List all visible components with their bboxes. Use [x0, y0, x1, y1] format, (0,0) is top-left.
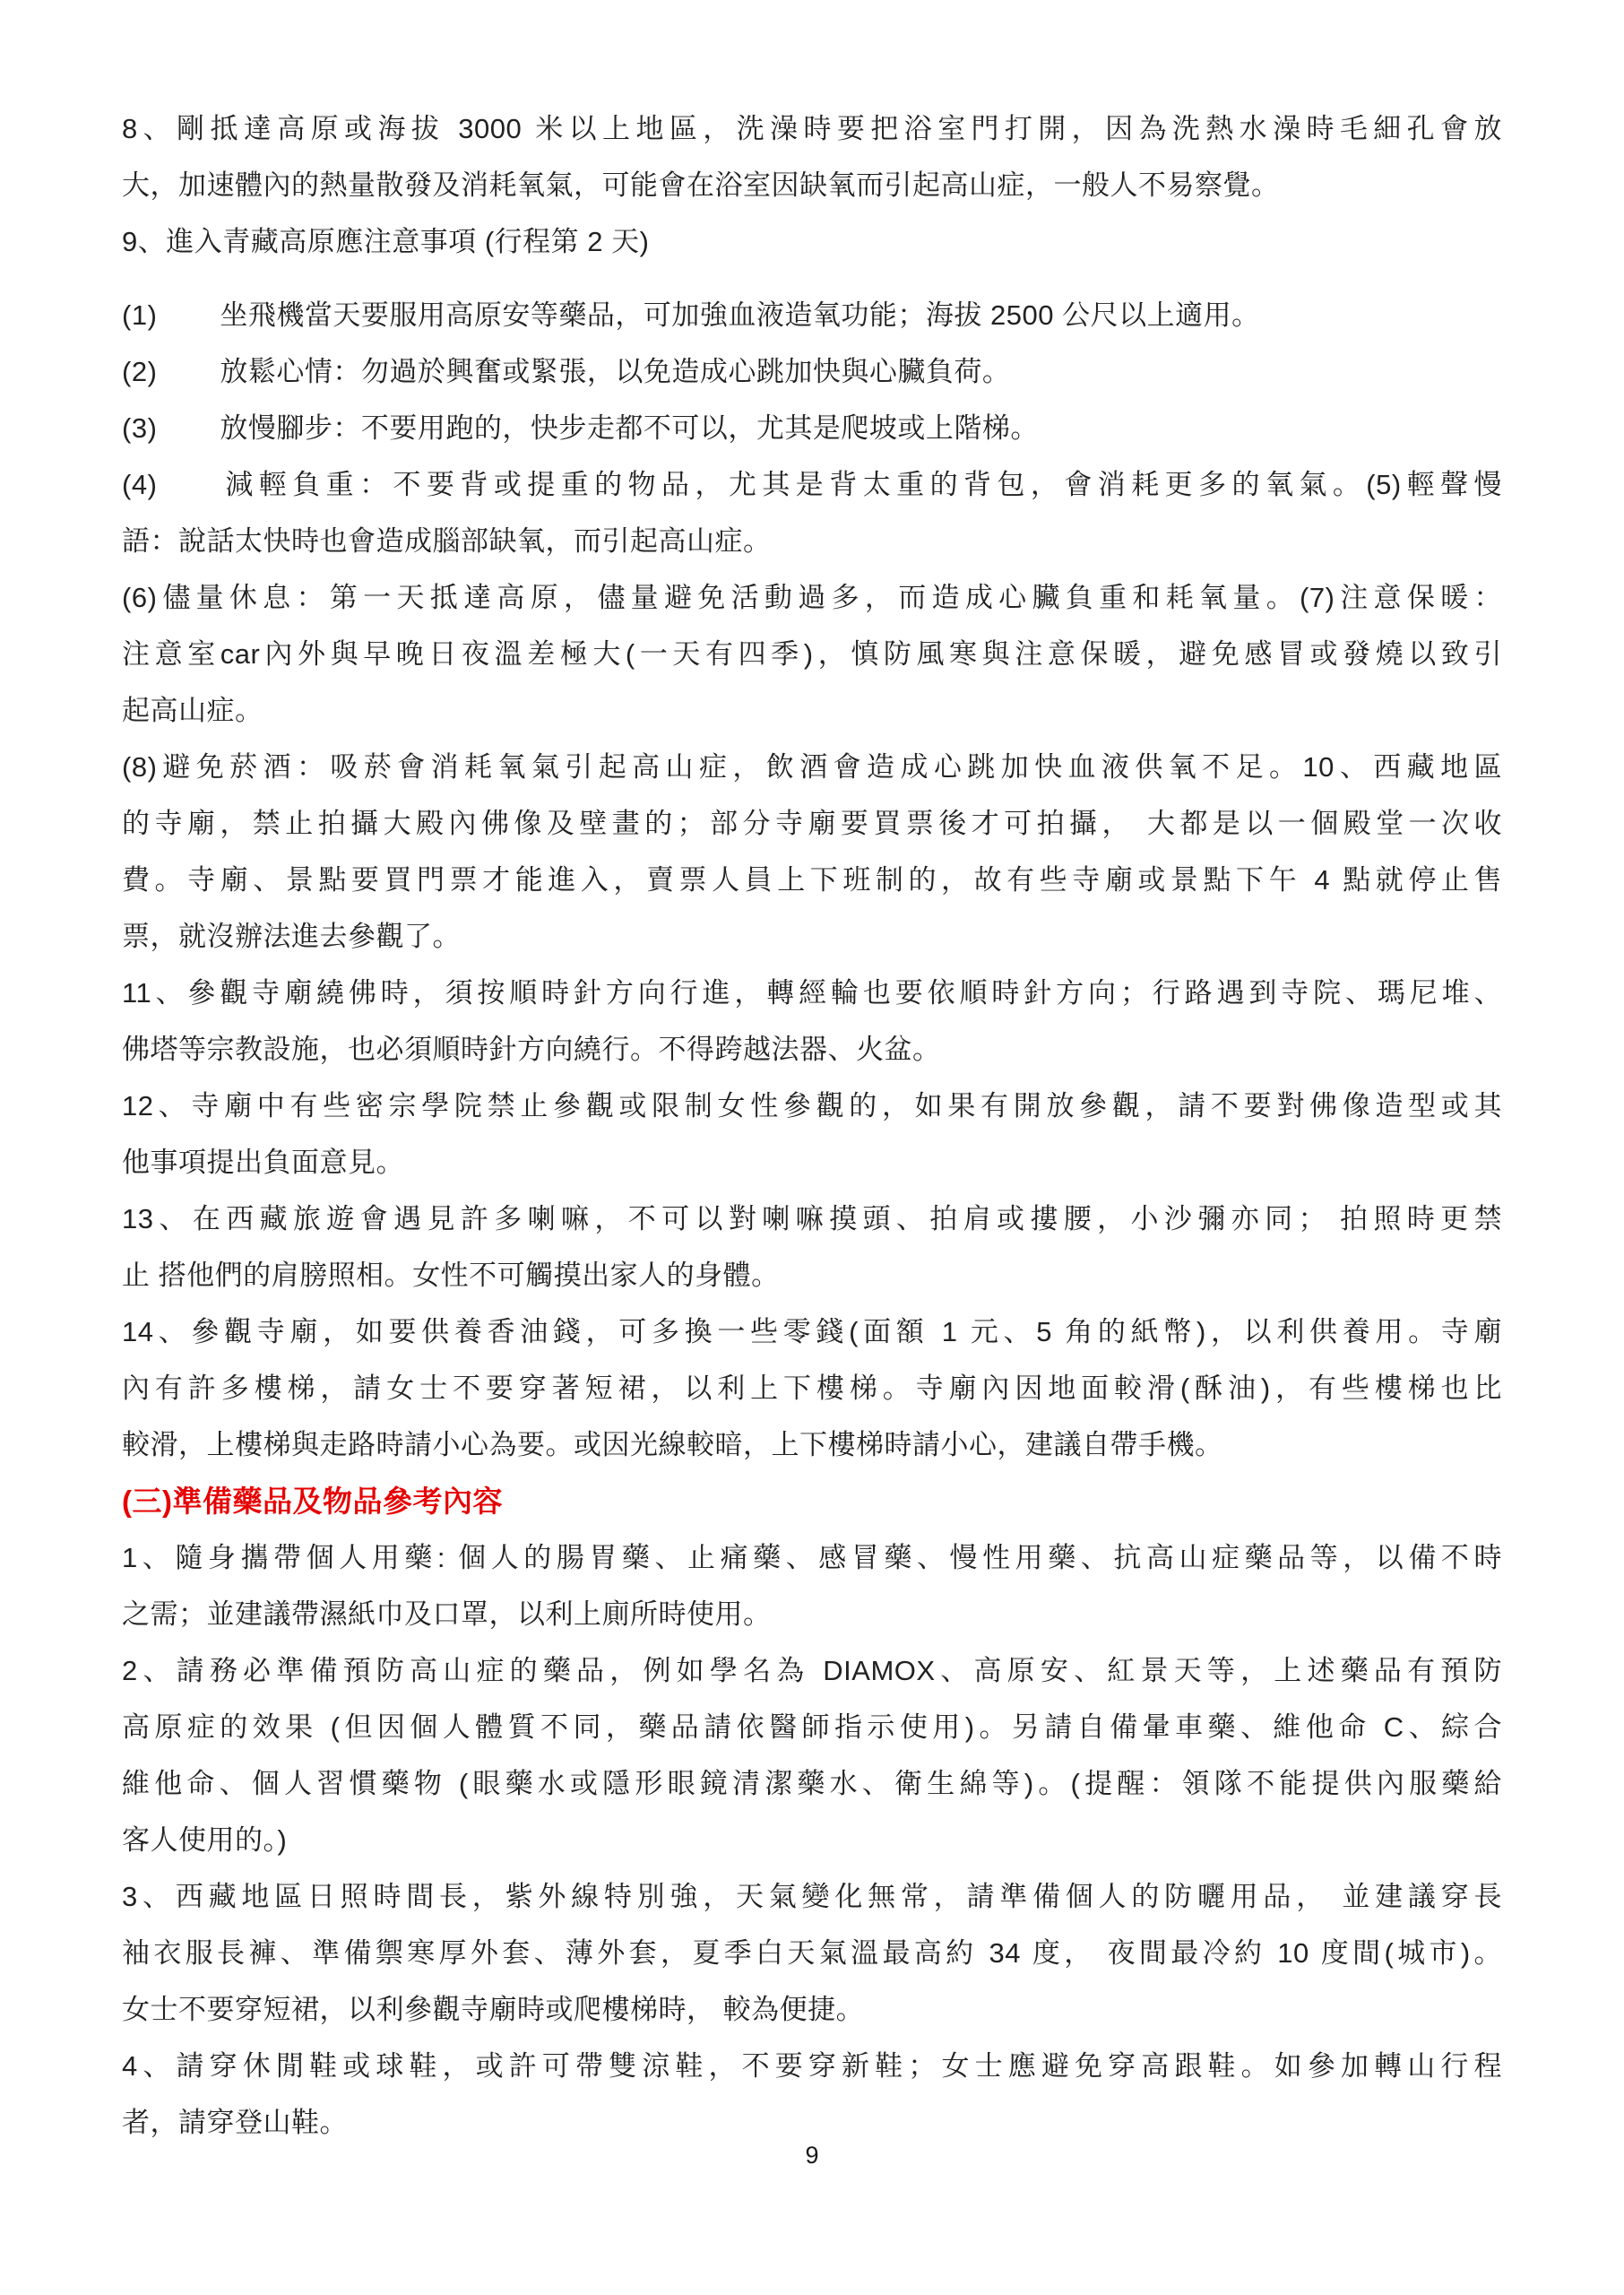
text-line: 費。寺廟、景點要買門票才能進入，賣票人員上下班制的，故有些寺廟或景點下午 4 點… [122, 852, 1502, 908]
text-line: 11、參觀寺廟繞佛時，須按順時針方向行進，轉經輪也要依順時針方向；行路遇到寺院、… [122, 965, 1502, 1021]
paragraph: 8、剛抵達高原或海拔 3000 米以上地區，洗澡時要把浴室門打開，因為洗熱水澡時… [122, 100, 1502, 213]
text-line: 3、西藏地區日照時間長，紫外線特別強，天氣變化無常，請準備個人的防曬用品， 並建… [122, 1868, 1502, 1925]
text-line: (4)減輕負重：不要背或提重的物品，尤其是背太重的背包，會消耗更多的氧氣。(5)… [122, 456, 1502, 513]
text-line: (3)放慢腳步：不要用跑的，快步走都不可以，尤其是爬坡或上階梯。 [122, 400, 1502, 456]
text-line: 較滑，上樓梯與走路時請小心為要。或因光線較暗，上下樓梯時請小心，建議自帶手機。 [122, 1416, 1502, 1473]
text-line: 維他命、個人習慣藥物 (眼藥水或隱形眼鏡清潔藥水、衛生綿等)。(提醒：領隊不能提… [122, 1755, 1502, 1812]
paragraph: 12、寺廟中有些密宗學院禁止參觀或限制女性參觀的，如果有開放參觀，請不要對佛像造… [122, 1078, 1502, 1191]
text-line: 注意室car內外與早晚日夜溫差極大(一天有四季)，慎防風寒與注意保暖，避免感冒或… [122, 626, 1502, 682]
text-line: 佛塔等宗教設施，也必須順時針方向繞行。不得跨越法器、火盆。 [122, 1021, 1502, 1078]
text-line: 內有許多樓梯，請女士不要穿著短裙，以利上下樓梯。寺廟內因地面較滑(酥油)，有些樓… [122, 1360, 1502, 1416]
text-line: 14、參觀寺廟，如要供養香油錢，可多換一些零錢(面額 1 元、5 角的紙幣)，以… [122, 1303, 1502, 1360]
text-line: 1、隨身攜帶個人用藥: 個人的腸胃藥、止痛藥、感冒藥、慢性用藥、抗高山症藥品等，… [122, 1529, 1502, 1586]
section-heading: (三)準備藥品及物品參考內容 [122, 1473, 1502, 1529]
text-line: 13、在西藏旅遊會遇見許多喇嘛，不可以對喇嘛摸頭、拍肩或摟腰，小沙彌亦同； 拍照… [122, 1191, 1502, 1247]
paragraph: (8)避免菸酒：吸菸會消耗氧氣引起高山症，飲酒會造成心跳加快血液供氧不足。10、… [122, 739, 1502, 965]
paragraph: (4)減輕負重：不要背或提重的物品，尤其是背太重的背包，會消耗更多的氧氣。(5)… [122, 456, 1502, 569]
text-line: 4、請穿休閒鞋或球鞋，或許可帶雙涼鞋，不要穿新鞋；女士應避免穿高跟鞋。如參加轉山… [122, 2038, 1502, 2094]
heading-line: (三)準備藥品及物品參考內容 [122, 1473, 1502, 1529]
tab-spacer [157, 437, 220, 437]
text-line: 9、進入青藏高原應注意事項 (行程第 2 天) [122, 213, 1502, 270]
tab-spacer [157, 493, 220, 494]
paragraph: 9、進入青藏高原應注意事項 (行程第 2 天) [122, 213, 1502, 270]
paragraph: 3、西藏地區日照時間長，紫外線特別強，天氣變化無常，請準備個人的防曬用品， 並建… [122, 1868, 1502, 2038]
text-line: 12、寺廟中有些密宗學院禁止參觀或限制女性參觀的，如果有開放參觀，請不要對佛像造… [122, 1078, 1502, 1134]
paragraph: 2、請務必準備預防高山症的藥品，例如學名為 DIAMOX、高原安、紅景天等，上述… [122, 1642, 1502, 1868]
text-line: 之需；並建議帶濕紙巾及口罩，以利上廁所時使用。 [122, 1586, 1502, 1642]
text-line: (6)儘量休息：第一天抵達高原，儘量避免活動過多，而造成心臟負重和耗氧量。(7)… [122, 569, 1502, 626]
text-line: 止 搭他們的肩膀照相。女性不可觸摸出家人的身體。 [122, 1247, 1502, 1303]
paragraph: 13、在西藏旅遊會遇見許多喇嘛，不可以對喇嘛摸頭、拍肩或摟腰，小沙彌亦同； 拍照… [122, 1191, 1502, 1303]
document-body: 8、剛抵達高原或海拔 3000 米以上地區，洗澡時要把浴室門打開，因為洗熱水澡時… [122, 100, 1502, 2151]
text-line: 的寺廟，禁止拍攝大殿內佛像及壁畫的；部分寺廟要買票後才可拍攝， 大都是以一個殿堂… [122, 795, 1502, 852]
document-page: 8、剛抵達高原或海拔 3000 米以上地區，洗澡時要把浴室門打開，因為洗熱水澡時… [0, 0, 1624, 2295]
text-line: 女士不要穿短裙，以利參觀寺廟時或爬樓梯時， 較為便捷。 [122, 1981, 1502, 2038]
text-line: (1)坐飛機當天要服用高原安等藥品，可加強血液造氧功能；海拔 2500 公尺以上… [122, 287, 1502, 343]
text-line: (8)避免菸酒：吸菸會消耗氧氣引起高山症，飲酒會造成心跳加快血液供氧不足。10、… [122, 739, 1502, 795]
paragraph: 14、參觀寺廟，如要供養香油錢，可多換一些零錢(面額 1 元、5 角的紙幣)，以… [122, 1303, 1502, 1473]
paragraph: 1、隨身攜帶個人用藥: 個人的腸胃藥、止痛藥、感冒藥、慢性用藥、抗高山症藥品等，… [122, 1529, 1502, 1642]
paragraph: (2)放鬆心情：勿過於興奮或緊張，以免造成心跳加快與心臟負荷。 [122, 343, 1502, 400]
text-line: 起高山症。 [122, 682, 1502, 739]
text-line: 高原症的效果 (但因個人體質不同，藥品請依醫師指示使用)。另請自備暈車藥、維他命… [122, 1699, 1502, 1755]
text-line: 他事項提出負面意見。 [122, 1134, 1502, 1191]
paragraph: 11、參觀寺廟繞佛時，須按順時針方向行進，轉經輪也要依順時針方向；行路遇到寺院、… [122, 965, 1502, 1078]
paragraph: (3)放慢腳步：不要用跑的，快步走都不可以，尤其是爬坡或上階梯。 [122, 400, 1502, 456]
page-number: 9 [0, 2137, 1624, 2173]
tab-spacer [157, 380, 220, 381]
text-line: 客人使用的。) [122, 1812, 1502, 1868]
text-line: 袖衣服長褲、準備禦寒厚外套、薄外套，夏季白天氣溫最高約 34 度， 夜間最冷約 … [122, 1925, 1502, 1981]
text-line: 2、請務必準備預防高山症的藥品，例如學名為 DIAMOX、高原安、紅景天等，上述… [122, 1642, 1502, 1699]
paragraph: 4、請穿休閒鞋或球鞋，或許可帶雙涼鞋，不要穿新鞋；女士應避免穿高跟鞋。如參加轉山… [122, 2038, 1502, 2151]
text-line: 8、剛抵達高原或海拔 3000 米以上地區，洗澡時要把浴室門打開，因為洗熱水澡時… [122, 100, 1502, 157]
text-line: (2)放鬆心情：勿過於興奮或緊張，以免造成心跳加快與心臟負荷。 [122, 343, 1502, 400]
text-line: 大，加速體內的熱量散發及消耗氧氣，可能會在浴室因缺氧而引起高山症，一般人不易察覺… [122, 157, 1502, 213]
paragraph: (6)儘量休息：第一天抵達高原，儘量避免活動過多，而造成心臟負重和耗氧量。(7)… [122, 569, 1502, 739]
text-line: 票，就沒辦法進去參觀了。 [122, 908, 1502, 965]
tab-spacer [157, 324, 220, 325]
text-line: 語：說話太快時也會造成腦部缺氧，而引起高山症。 [122, 513, 1502, 569]
paragraph: (1)坐飛機當天要服用高原安等藥品，可加強血液造氧功能；海拔 2500 公尺以上… [122, 287, 1502, 343]
